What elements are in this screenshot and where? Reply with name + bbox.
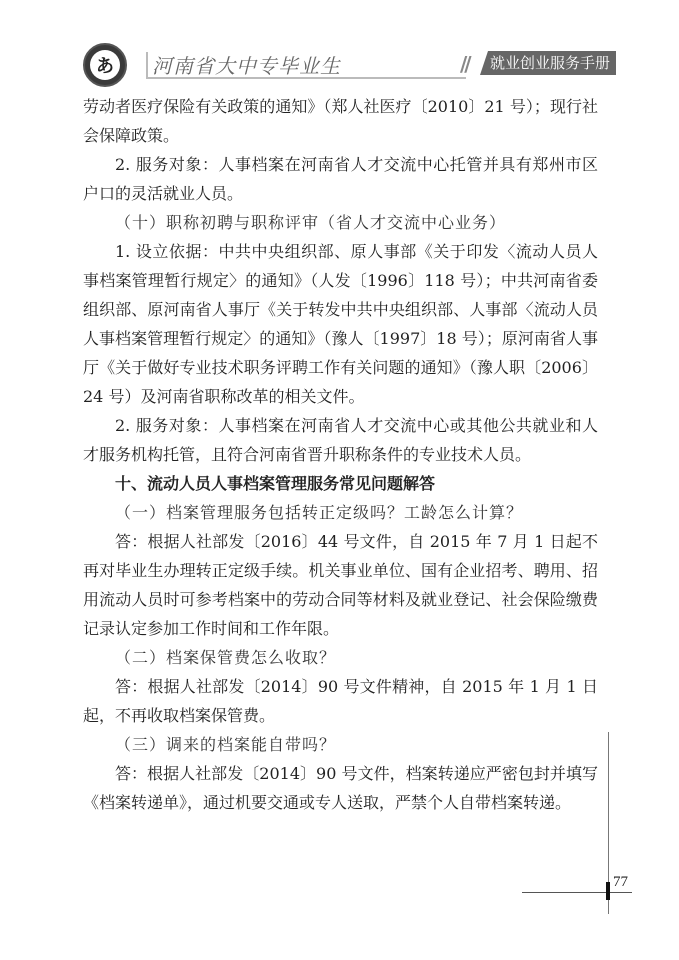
paragraph: 1. 设立依据：中共中央组织部、原人事部《关于印发〈流动人员人事档案管理暂行规定… bbox=[83, 237, 598, 411]
section-heading: 十、流动人员人事档案管理服务常见问题解答 bbox=[83, 469, 598, 498]
page-header: あ 河南省大中专毕业生 // 就业创业服务手册 bbox=[0, 0, 679, 95]
paragraph: 2. 服务对象：人事档案在河南省人才交流中心托管并具有郑州市区户口的灵活就业人员… bbox=[83, 150, 598, 208]
header-title: 河南省大中专毕业生 bbox=[152, 50, 341, 79]
subheading: （十）职称初聘与职称评审（省人才交流中心业务） bbox=[83, 208, 598, 237]
page-content: 劳动者医疗保险有关政策的通知》（郑人社医疗〔2010〕21 号）；现行社会保障政… bbox=[83, 92, 598, 817]
subheading: （一）档案管理服务包括转正定级吗？工龄怎么计算？ bbox=[83, 498, 598, 527]
page-marker bbox=[606, 882, 610, 900]
logo-emblem: あ bbox=[90, 50, 120, 80]
header-rule bbox=[146, 77, 466, 79]
paragraph: 答：根据人社部发〔2014〕90 号文件，档案转递应严密包封并填写《档案转递单》… bbox=[83, 759, 598, 817]
paragraph: 劳动者医疗保险有关政策的通知》（郑人社医疗〔2010〕21 号）；现行社会保障政… bbox=[83, 92, 598, 150]
subheading: （二）档案保管费怎么收取？ bbox=[83, 643, 598, 672]
subheading: （三）调来的档案能自带吗？ bbox=[83, 730, 598, 759]
header-badge: 就业创业服务手册 bbox=[480, 51, 616, 75]
paragraph: 答：根据人社部发〔2016〕44 号文件，自 2015 年 7 月 1 日起不再… bbox=[83, 527, 598, 643]
logo-icon: あ bbox=[83, 43, 127, 87]
paragraph: 答：根据人社部发〔2014〕90 号文件精神，自 2015 年 1 月 1 日起… bbox=[83, 672, 598, 730]
page-number: 77 bbox=[613, 874, 628, 891]
footer-rule bbox=[522, 892, 632, 893]
slash-decoration-icon: // bbox=[460, 52, 469, 76]
header-divider bbox=[146, 52, 148, 78]
paragraph: 2. 服务对象：人事档案在河南省人才交流中心或其他公共就业和人才服务机构托管，且… bbox=[83, 411, 598, 469]
